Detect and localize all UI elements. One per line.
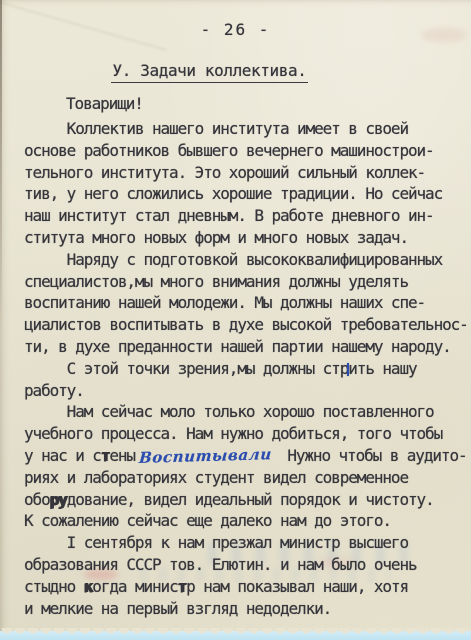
handwritten-correction: Воспитывали [138, 444, 272, 470]
text-line: у нас и стеныВоспитывали Нужно чтобы в а… [24, 445, 471, 467]
text-segment: риях и лабораториях студент видел соврем… [24, 468, 408, 487]
text-line: образования СССР тов. Елютин. и нам было… [24, 554, 471, 576]
text-line: специалистов,мы много внимания должны уд… [24, 271, 471, 293]
salutation: Товарищи! [24, 93, 471, 114]
text-segment: Нужно чтобы в аудито- [279, 446, 467, 465]
text-line: Коллектив нашего института имеет в своей [24, 118, 471, 140]
overtyped-chars: ру [50, 490, 67, 509]
text-line: наш институт стал дневным. В работе днев… [24, 205, 471, 227]
torn-paper-edge [0, 628, 471, 637]
text-line: ти, в духе преданности нашей партии наше… [24, 336, 471, 358]
text-segment: ены [109, 446, 135, 465]
text-segment: обо [24, 490, 50, 509]
text-segment: дование, видел идеальный порядок и чисто… [67, 490, 434, 509]
text-segment: ить нашу [348, 359, 416, 378]
text-line: и мелкие на первый взгляд недоделки. [24, 598, 471, 620]
text-segment: у нас и с [24, 446, 101, 465]
text-segment: образования СССР тов. Елютин. и нам было… [24, 555, 417, 574]
text-line: учебного процесса. Нам нужно добиться, т… [24, 423, 471, 445]
document-body: Коллектив нашего института имеет в своей… [24, 118, 471, 619]
text-segment: огда минис [92, 577, 177, 596]
text-line: основе работников бывшего вечернего маши… [24, 140, 471, 162]
text-segment: I сентября к нам презжал министр высшего [24, 533, 408, 552]
text-segment: ститута много новых форм и много новых з… [24, 228, 408, 247]
text-segment: и мелкие на первый взгляд недоделки. [24, 599, 331, 618]
text-line: воспитанию нашей молодежи. Мы должны наш… [24, 292, 471, 314]
overtyped-chars: т [178, 577, 187, 596]
text-line: тельного института. Это хороший сильный … [24, 162, 471, 184]
typed-text-area: - 26 - У. Задачи коллектива. Товарищи! К… [0, 0, 471, 619]
text-segment: работу. [24, 381, 84, 400]
text-segment: стыдно [24, 577, 84, 596]
section-title: У. Задачи коллектива. [111, 61, 309, 83]
text-line: оборудование, видел идеальный порядок и … [24, 489, 471, 511]
text-line: работу. [24, 380, 471, 402]
text-line: стыдно когда министр нам показывал наши,… [24, 576, 471, 598]
text-segment: учебного процесса. Нам нужно добиться, т… [24, 424, 442, 443]
text-segment: К сожалению сейчас еще далеко нам до это… [24, 511, 391, 530]
text-segment: тельного института. Это хороший сильный … [24, 163, 425, 182]
overtyped-chars: к [84, 577, 93, 596]
text-segment: ти, в духе преданности нашей партии наше… [24, 337, 451, 356]
text-segment: специалистов,мы много внимания должны уд… [24, 272, 408, 291]
text-line: Нам сейчас моло только хорошо поставленн… [24, 401, 471, 423]
scanned-document-page: - 26 - У. Задачи коллектива. Товарищи! К… [0, 0, 471, 640]
text-segment: тив, у него сложились хорошие традиции. … [24, 184, 442, 203]
text-segment: Коллектив нашего института имеет в своей [24, 119, 408, 138]
text-segment: С этой точки зрения,мы должны стр [24, 359, 348, 378]
text-line: ститута много новых форм и много новых з… [24, 227, 471, 249]
text-segment: Наряду с подготовкой высококвалифицирова… [24, 250, 442, 269]
text-line: К сожалению сейчас еще далеко нам до это… [24, 510, 471, 532]
text-segment: наш институт стал дневным. В работе днев… [24, 206, 434, 225]
text-segment: основе работников бывшего вечернего маши… [24, 141, 434, 160]
text-line: риях и лабораториях студент видел соврем… [24, 467, 471, 489]
text-line: тив, у него сложились хорошие традиции. … [24, 183, 471, 205]
text-segment: Нам сейчас моло только хорошо поставленн… [24, 402, 434, 421]
page-number: - 26 - [24, 21, 471, 39]
text-line: Наряду с подготовкой высококвалифицирова… [24, 249, 471, 271]
text-segment: циалистов воспитывать в духе высокой тре… [24, 315, 468, 334]
text-segment: воспитанию нашей молодежи. Мы должны наш… [24, 293, 425, 312]
text-line: циалистов воспитывать в духе высокой тре… [24, 314, 471, 336]
text-line: С этой точки зрения,мы должны стрить наш… [24, 358, 471, 380]
text-segment: р нам показывал наши, хотя [186, 577, 408, 596]
title-row: У. Задачи коллектива. [24, 61, 471, 83]
text-line: I сентября к нам презжал министр высшего [24, 532, 471, 554]
